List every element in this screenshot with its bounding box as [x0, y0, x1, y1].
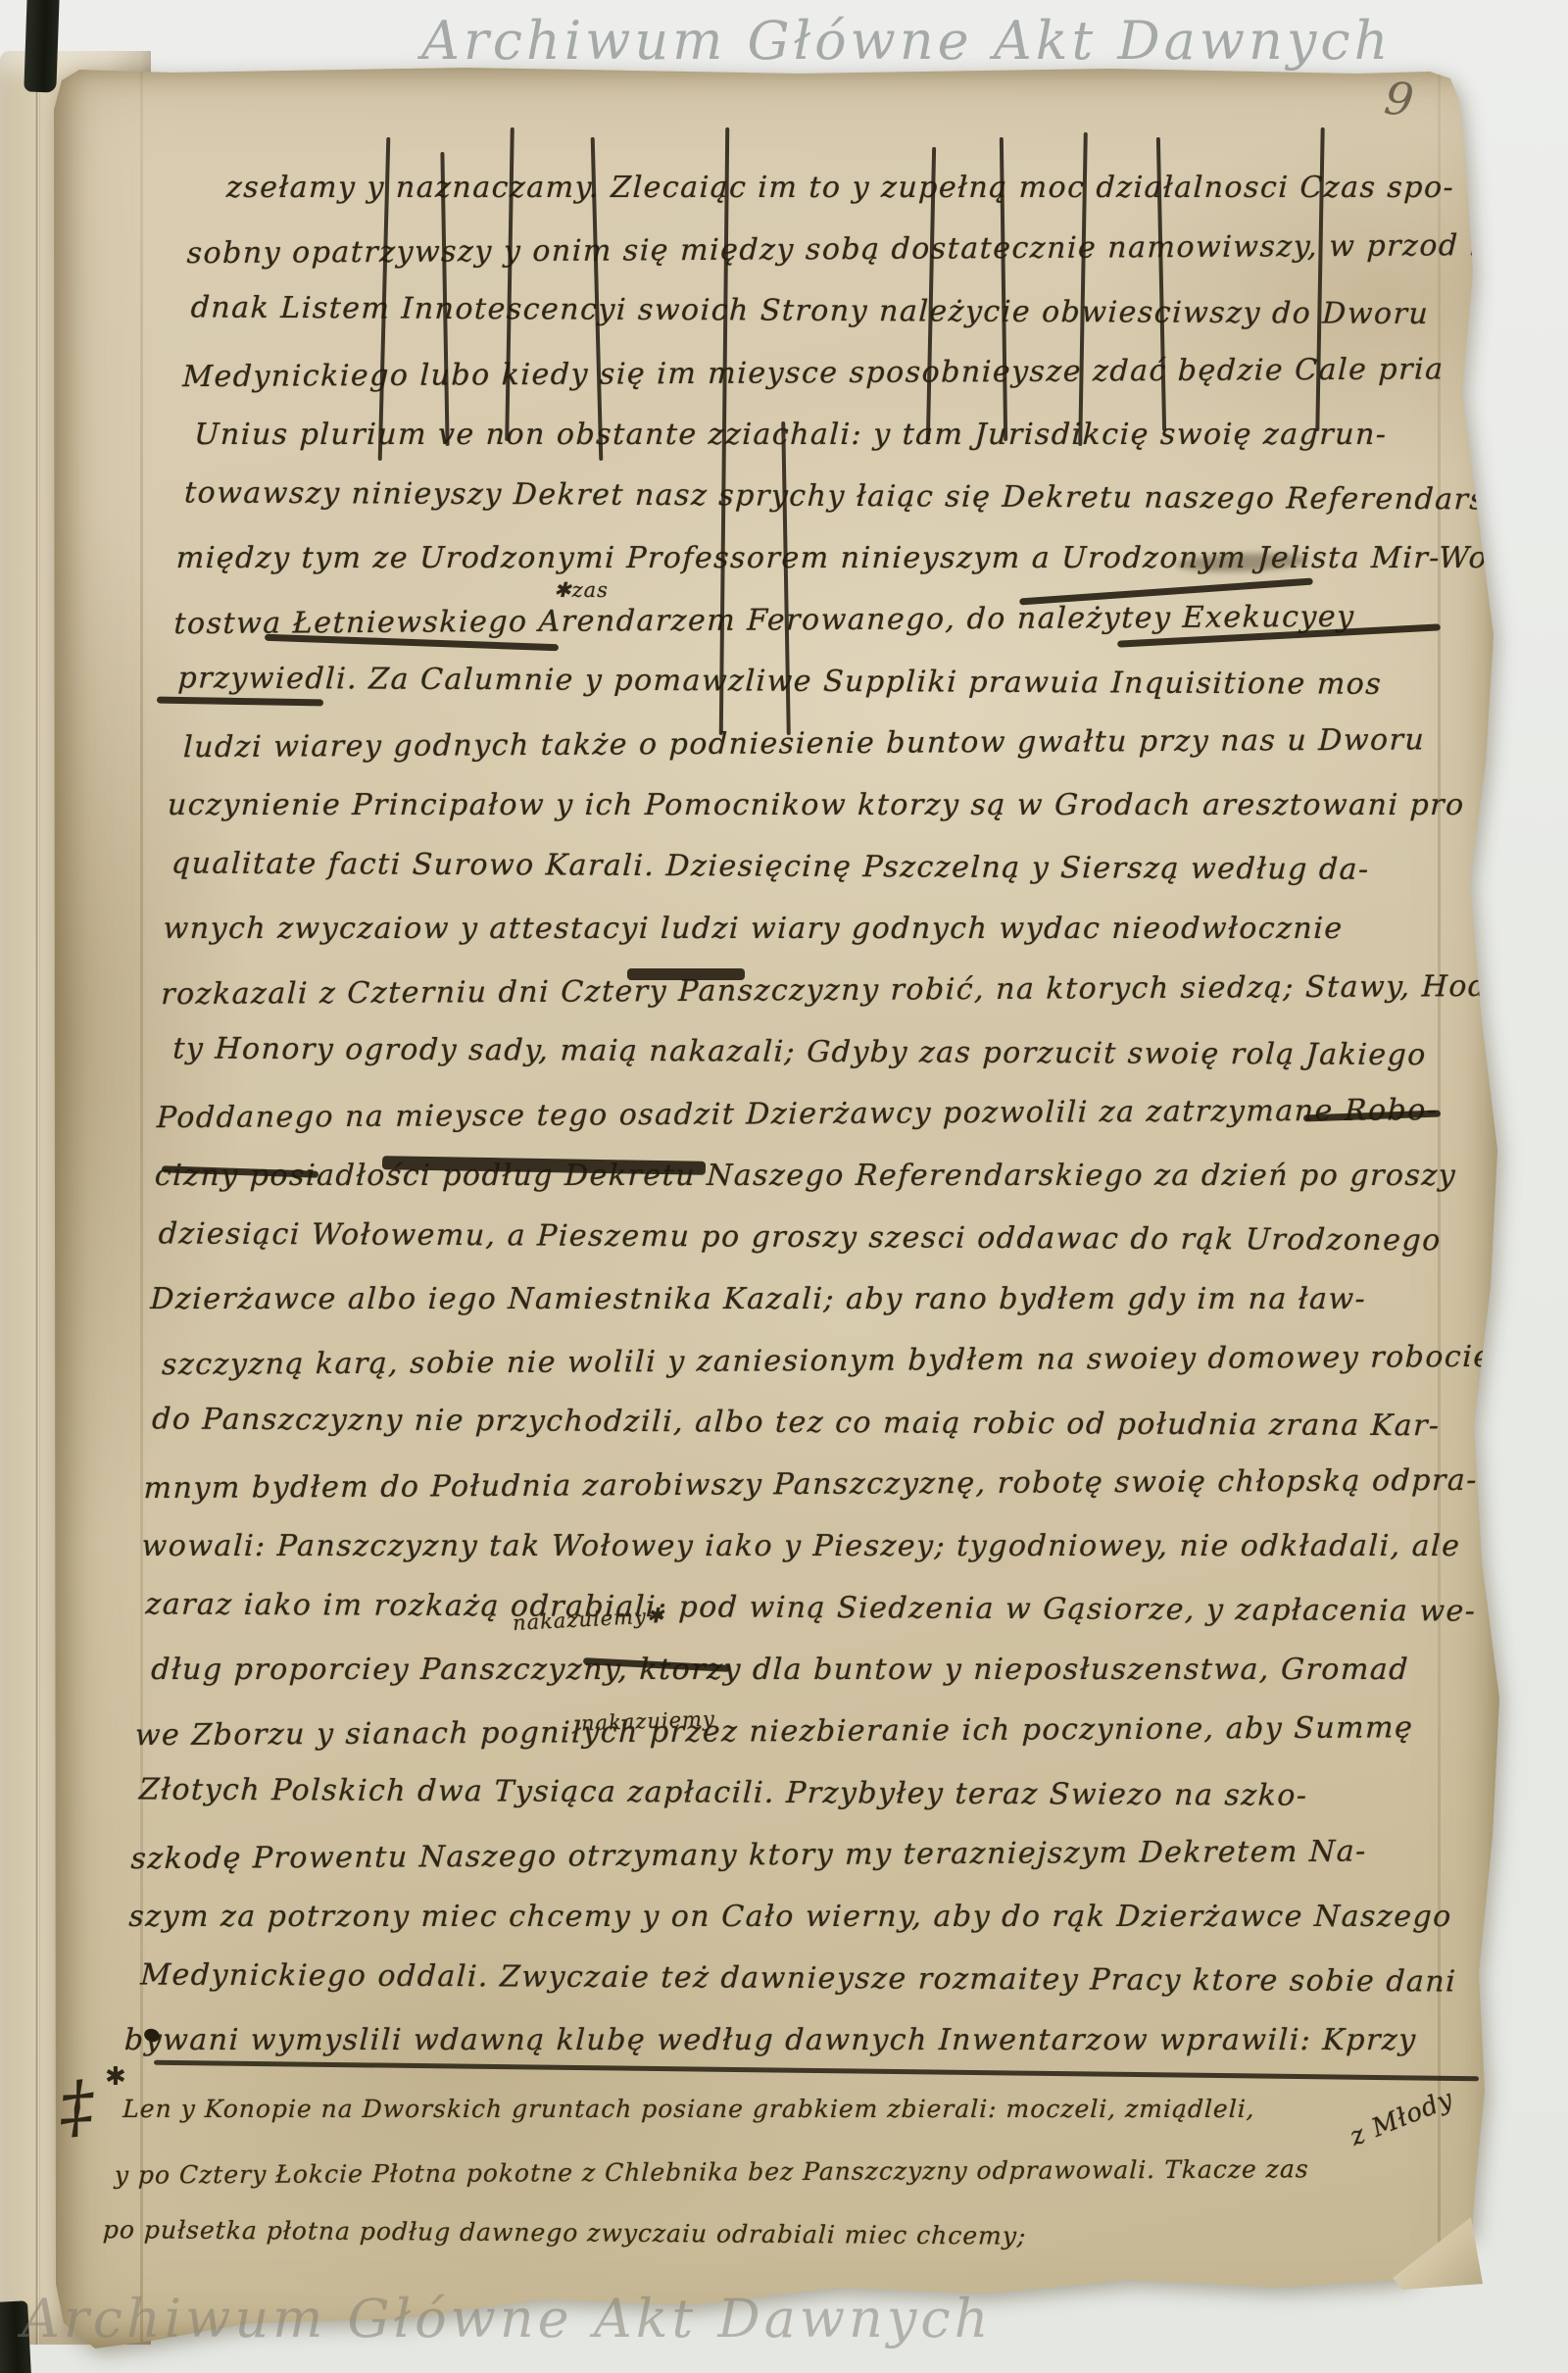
- manuscript-line: we Zborzu y sianach pogniłych przez niez…: [134, 1697, 1479, 1766]
- footnote-asterisk: ✱: [105, 2062, 126, 2092]
- manuscript-line: ty Honory ogrody sady, maią nakazali; Gd…: [171, 1017, 1502, 1086]
- manuscript-line: dnak Listem Innotescencyi swoich Strony …: [189, 276, 1528, 345]
- manuscript-line: do Panszczyzny nie przychodzili, albo te…: [151, 1388, 1490, 1457]
- manuscript-line: przywiedli. Za Calumnie y pomawzliwe Sup…: [176, 647, 1515, 716]
- binding-strip-top: [24, 0, 59, 93]
- manuscript-line: Medynickiego oddali. Zwyczaie też dawnie…: [139, 1944, 1470, 2012]
- footnote-line: po pułsetka płotna podług dawnego zwycza…: [102, 2199, 1482, 2271]
- manuscript-line: zaraz iako im rozkażą odrabiali: pod win…: [144, 1573, 1483, 1642]
- manuscript-line: wnych zwyczaiow y attestacyi ludzi wiary…: [163, 898, 1507, 960]
- manuscript-line: qualitate facti Surowo Karali. Dziesięci…: [171, 832, 1509, 901]
- manuscript-line: mnym bydłem do Południa zarobiwszy Pansz…: [143, 1450, 1488, 1519]
- page-number: 9: [1382, 71, 1417, 126]
- scanned-document: 9 zsełamy y naznaczamy. Zlecaiąc im to y…: [0, 0, 1568, 2373]
- manuscript-page-wrap: 9 zsełamy y naznaczamy. Zlecaiąc im to y…: [54, 67, 1502, 2352]
- manuscript-line: zsełamy y naznaczamy. Zlecaiąc im to y z…: [225, 157, 1533, 219]
- manuscript-line: ludzi wiarey godnych także o podniesieni…: [182, 709, 1513, 778]
- manuscript-page: 9 zsełamy y naznaczamy. Zlecaiąc im to y…: [54, 67, 1502, 2352]
- footnote-line: y po Cztery Łokcie Płotna pokotne z Chle…: [114, 2137, 1484, 2206]
- footnote-line: Len y Konopie na Dworskich gruntach posi…: [122, 2078, 1486, 2141]
- footnote-marker: ‡: [56, 2064, 98, 2148]
- manuscript-line: Poddanego na mieysce tego osadzit Dzierż…: [156, 1079, 1500, 1149]
- manuscript-line: Dzierżawce albo iego Namiestnika Kazali;…: [149, 1268, 1494, 1330]
- strikethrough: [627, 968, 745, 980]
- manuscript-line: wowali: Panszczyzny tak Wołowey iako y P…: [140, 1515, 1485, 1577]
- footnote-block: Len y Konopie na Dworskich gruntach posi…: [118, 2078, 1487, 2266]
- manuscript-line: dziesiąci Wołowemu, a Pieszemu po groszy…: [157, 1203, 1495, 1271]
- archive-watermark-top: Archiwum Główne Akt Dawnych: [421, 10, 1392, 72]
- manuscript-line: uczynienie Principałow y ich Pomocnikow …: [167, 774, 1511, 836]
- manuscript-line: Złotych Polskich dwa Tysiąca zapłacili. …: [138, 1758, 1477, 1827]
- manuscript-line: szkodę Prowentu Naszego otrzymany ktory …: [130, 1820, 1475, 1890]
- manuscript-line: szym za potrzony miec chcemy y on Cało w…: [127, 1886, 1472, 1948]
- interlinear-insertion: nakazuiemy: [581, 1707, 716, 1736]
- binding-crease: [35, 51, 40, 2345]
- manuscript-line: cizny posiadłości podług Dekretu Naszego…: [154, 1145, 1498, 1207]
- manuscript-line: szczyzną karą, sobie nie wolili y zanies…: [161, 1326, 1492, 1396]
- manuscript-line: Unius plurium ve non obstante zziachali:…: [193, 404, 1524, 466]
- archive-watermark-bottom: Archiwum Główne Akt Dawnych: [22, 2288, 992, 2349]
- manuscript-line: między tym ze Urodzonymi Professorem nin…: [175, 527, 1520, 589]
- interlinear-insertion: ✱zas: [554, 578, 609, 602]
- manuscript-line: towawszy ninieyszy Dekret nasz sprychy ł…: [183, 462, 1522, 530]
- manuscript-line: dług proporciey Panszczyzny, ktorzy dla …: [150, 1639, 1481, 1701]
- manuscript-line: rozkazali z Czterniu dni Cztery Panszczy…: [160, 956, 1504, 1025]
